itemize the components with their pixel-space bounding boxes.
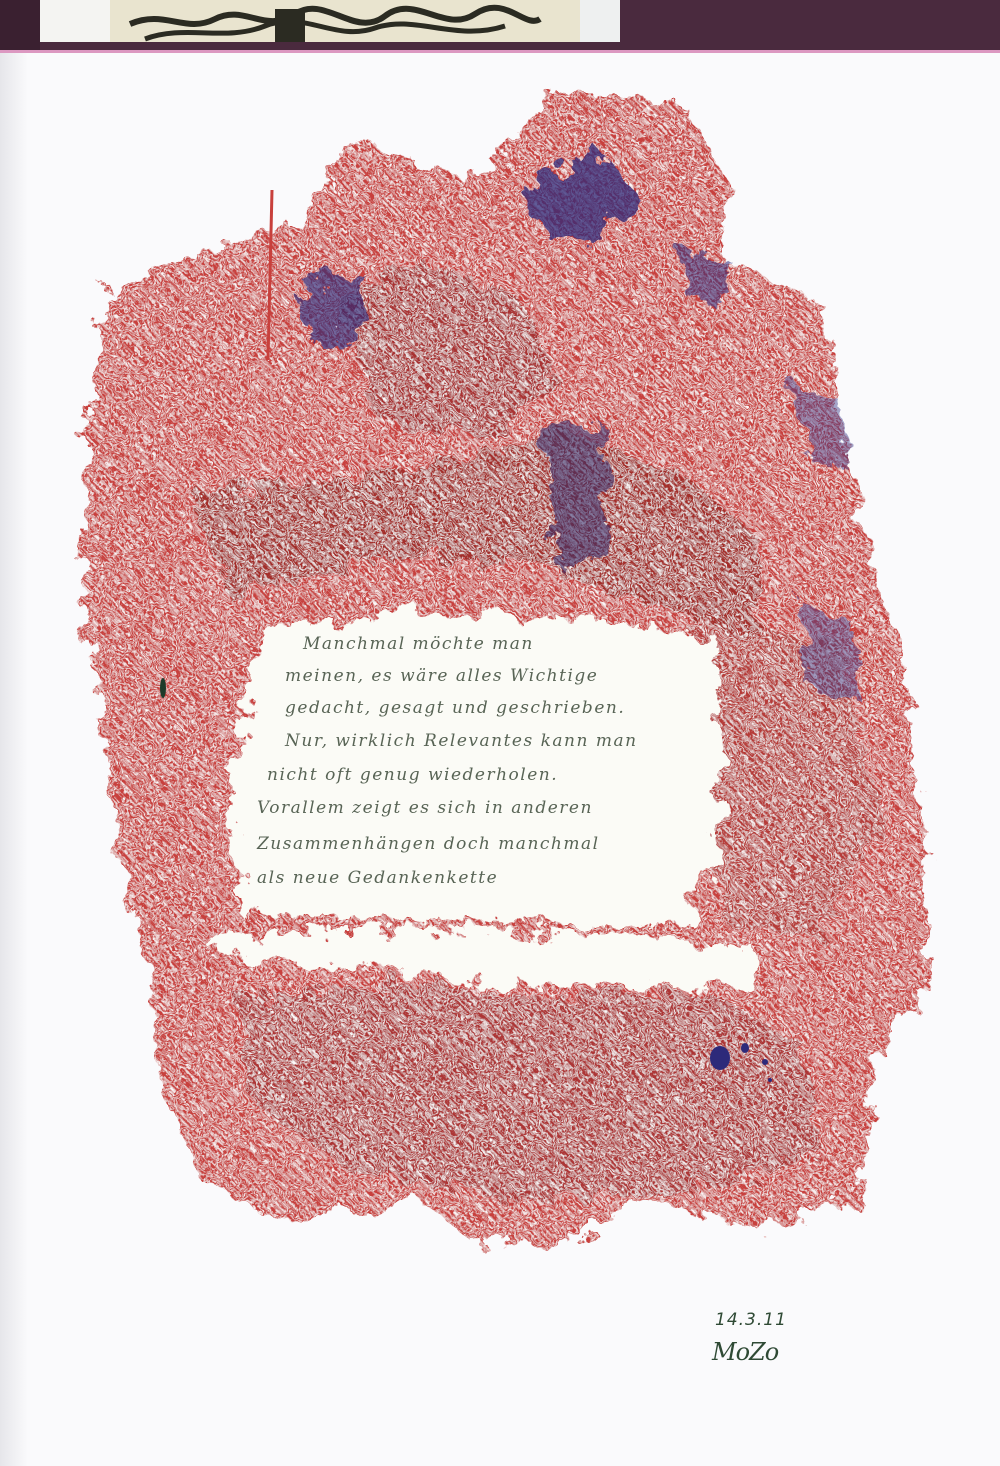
note-line: als neue Gedankenkette <box>257 868 498 888</box>
artwork-date: 14.3.11 <box>715 1310 787 1330</box>
note-line: meinen, es wäre alles Wichtige <box>285 666 598 686</box>
note-line: Vorallem zeigt es sich in anderen <box>257 798 593 818</box>
note-line: Nur, wirklich Relevantes kann man <box>285 731 638 751</box>
artist-signature: MoZo <box>712 1338 778 1366</box>
note-line: Zusammenhängen doch manchmal <box>257 834 600 854</box>
handwritten-note: Manchmal möchte man meinen, es wäre alle… <box>255 628 715 908</box>
note-line: nicht oft genug wiederholen. <box>267 765 558 785</box>
note-line: Manchmal möchte man <box>303 634 534 654</box>
note-line: gedacht, gesagt und geschrieben. <box>285 698 625 718</box>
